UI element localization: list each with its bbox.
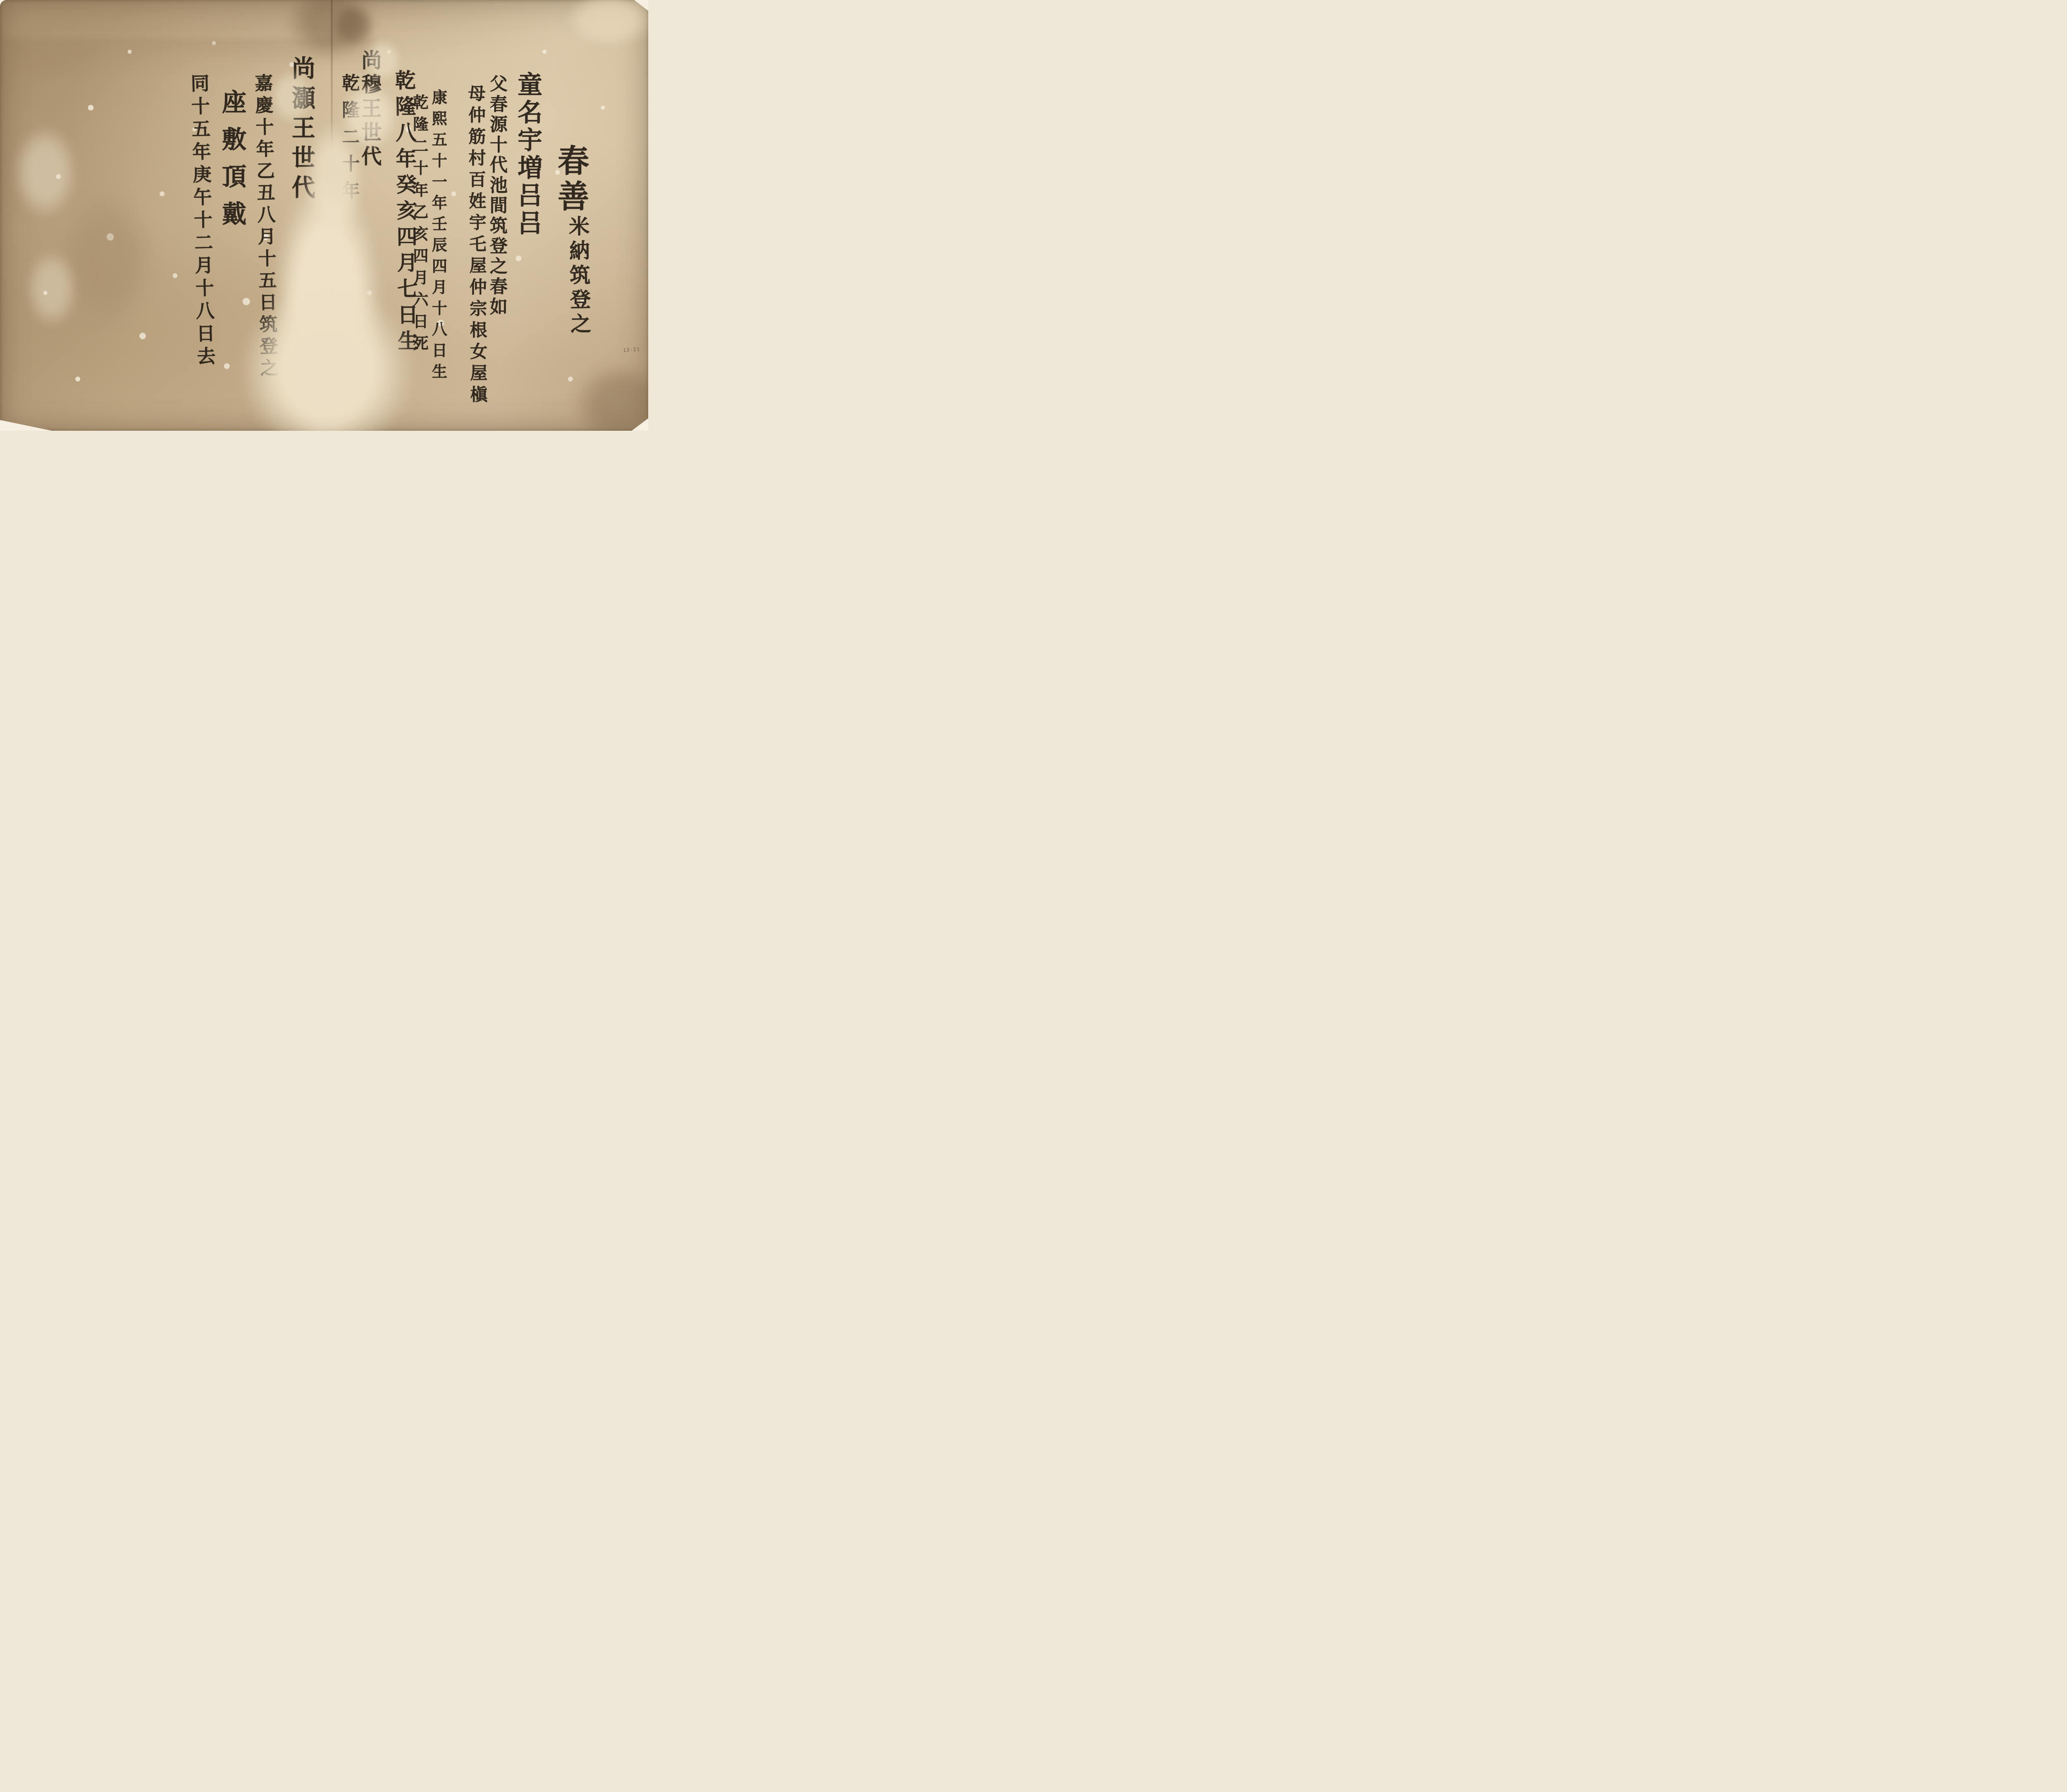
column-sho-boku-era-year: 乾隆二十年 xyxy=(337,74,362,208)
column-person-name: 春善 xyxy=(549,144,594,215)
column-childhood-name: 童名宇増吕吕 xyxy=(510,72,546,238)
scanned-manuscript: 春善 米納筑登之 童名宇増吕吕 父春源十代池間筑登之春如 母仲筋村百姓宇乇屋仲宗… xyxy=(0,0,648,431)
column-zashiki-honor: 座敷頂戴 xyxy=(215,89,250,238)
column-rank-title: 米納筑登之 xyxy=(562,215,594,337)
column-qianlong-birth-date: 乾隆八年癸亥四月七日生 xyxy=(389,69,421,356)
column-mother: 母仲筋村百姓宇乇屋仲宗根女屋槇 xyxy=(463,84,490,407)
archival-mark: 13-21 xyxy=(623,346,640,353)
column-sho-ko-era-heading: 尚灝王世代 xyxy=(284,56,318,205)
